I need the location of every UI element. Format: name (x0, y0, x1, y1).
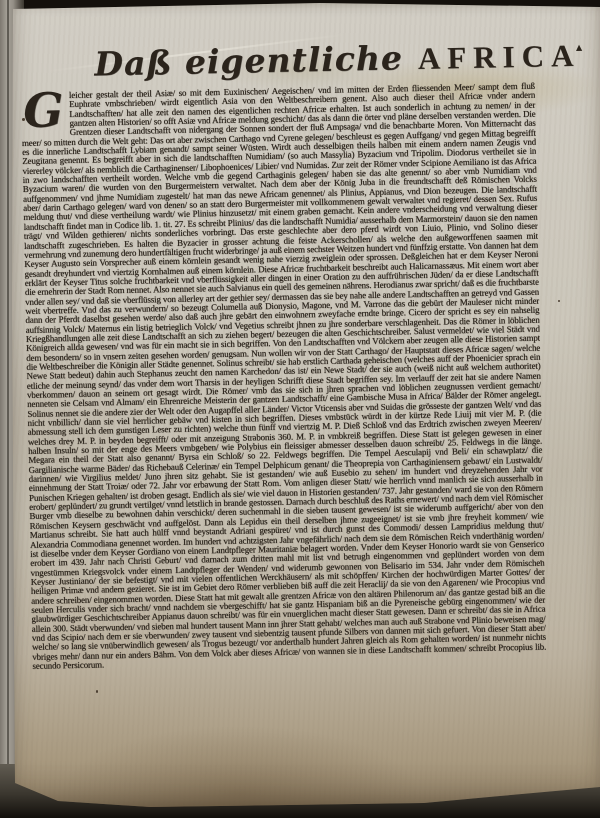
title-blackletter: Daß eigentliche (94, 38, 403, 83)
body-paragraph: leicher gestalt der theil Asiæ/ so mit d… (22, 82, 546, 671)
page-title: Daß eigentlicheAFRICA▴ (94, 36, 535, 84)
page-content: Daß eigentlicheAFRICA▴ Gleicher gestalt … (20, 36, 549, 786)
drop-cap: G (21, 92, 66, 130)
title-antiqua: AFRICA (418, 38, 581, 76)
body-text: Gleicher gestalt der theil Asiæ/ so mit … (21, 82, 549, 786)
paper-speck (558, 300, 560, 302)
title-ornament-icon: ▴ (576, 42, 582, 54)
book-page: Daß eigentlicheAFRICA▴ Gleicher gestalt … (0, 0, 600, 818)
photo-backdrop: Daß eigentlicheAFRICA▴ Gleicher gestalt … (0, 0, 600, 818)
